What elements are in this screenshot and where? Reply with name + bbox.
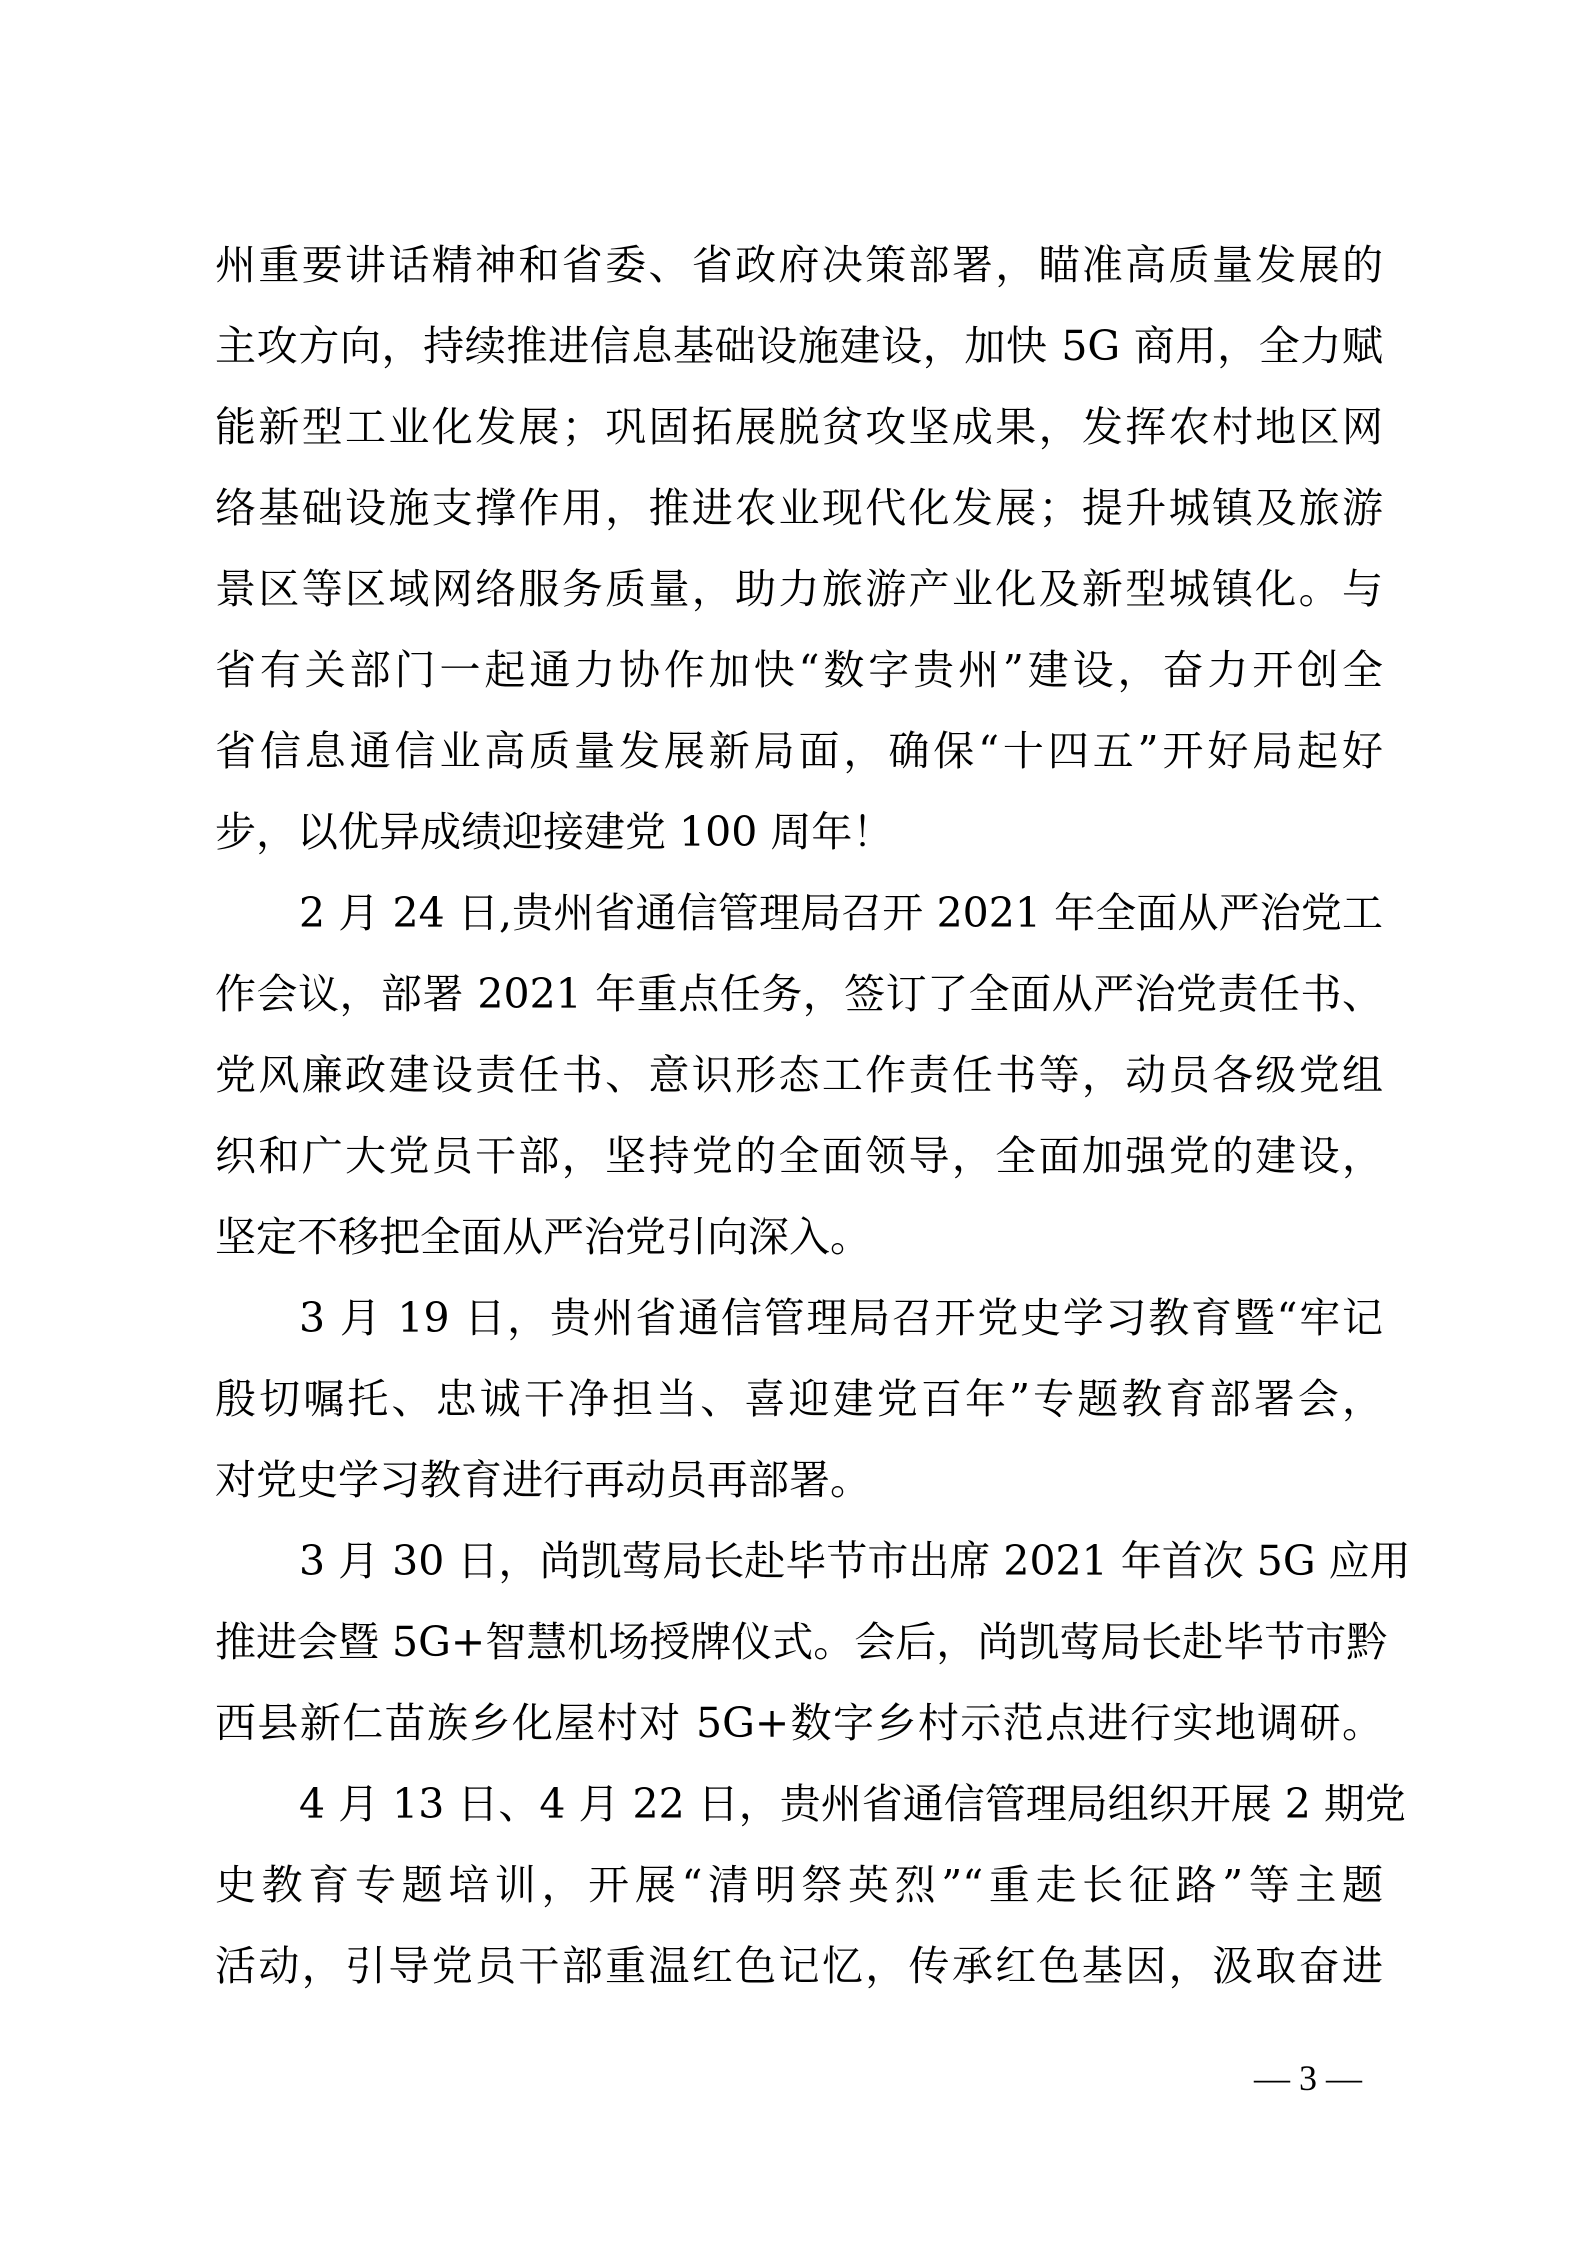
text-line: 州重要讲话精神和省委、省政府决策部署，瞄准高质量发展的 <box>215 235 1383 295</box>
text-line: 坚定不移把全面从严治党引向深入。 <box>215 1207 1383 1267</box>
text-line: 络基础设施支撑作用，推进农业现代化发展；提升城镇及旅游 <box>215 478 1383 538</box>
text-line: 能新型工业化发展；巩固拓展脱贫攻坚成果，发挥农村地区网 <box>215 397 1383 457</box>
text-line: 省有关部门一起通力协作加快“数字贵州”建设，奋力开创全 <box>215 640 1383 700</box>
text-line: 4 月 13 日、4 月 22 日，贵州省通信管理局组织开展 2 期党 <box>299 1774 1383 1834</box>
text-line: 织和广大党员干部，坚持党的全面领导，全面加强党的建设， <box>215 1126 1383 1186</box>
text-line: 党风廉政建设责任书、意识形态工作责任书等，动员各级党组 <box>215 1045 1383 1105</box>
text-line: 对党史学习教育进行再动员再部署。 <box>215 1450 1383 1510</box>
text-line: 作会议，部署 2021 年重点任务，签订了全面从严治党责任书、 <box>215 964 1383 1024</box>
text-line: 3 月 30 日，尚凯莺局长赴毕节市出席 2021 年首次 5G 应用 <box>299 1531 1383 1591</box>
text-line: 殷切嘱托、忠诚干净担当、喜迎建党百年”专题教育部署会， <box>215 1369 1383 1429</box>
text-line: 主攻方向，持续推进信息基础设施建设，加快 5G 商用，全力赋 <box>215 316 1383 376</box>
text-line: 步，以优异成绩迎接建党 100 周年！ <box>215 802 1383 862</box>
text-line: 3 月 19 日，贵州省通信管理局召开党史学习教育暨“牢记 <box>299 1288 1383 1348</box>
text-line: 西县新仁苗族乡化屋村对 5G+数字乡村示范点进行实地调研。 <box>215 1693 1383 1753</box>
text-line: 史教育专题培训，开展“清明祭英烈”“重走长征路”等主题 <box>215 1855 1383 1915</box>
text-line: 推进会暨 5G+智慧机场授牌仪式。会后，尚凯莺局长赴毕节市黔 <box>215 1612 1383 1672</box>
text-line: 活动，引导党员干部重温红色记忆，传承红色基因，汲取奋进 <box>215 1936 1383 1996</box>
text-line: 景区等区域网络服务质量，助力旅游产业化及新型城镇化。与 <box>215 559 1383 619</box>
text-line: 省信息通信业高质量发展新局面，确保“十四五”开好局起好 <box>215 721 1383 781</box>
document-page: 州重要讲话精神和省委、省政府决策部署，瞄准高质量发展的 主攻方向，持续推进信息基… <box>0 0 1587 2245</box>
text-line: 2 月 24 日,贵州省通信管理局召开 2021 年全面从严治党工 <box>299 883 1383 943</box>
page-number: — 3 — <box>1228 2058 1388 2098</box>
